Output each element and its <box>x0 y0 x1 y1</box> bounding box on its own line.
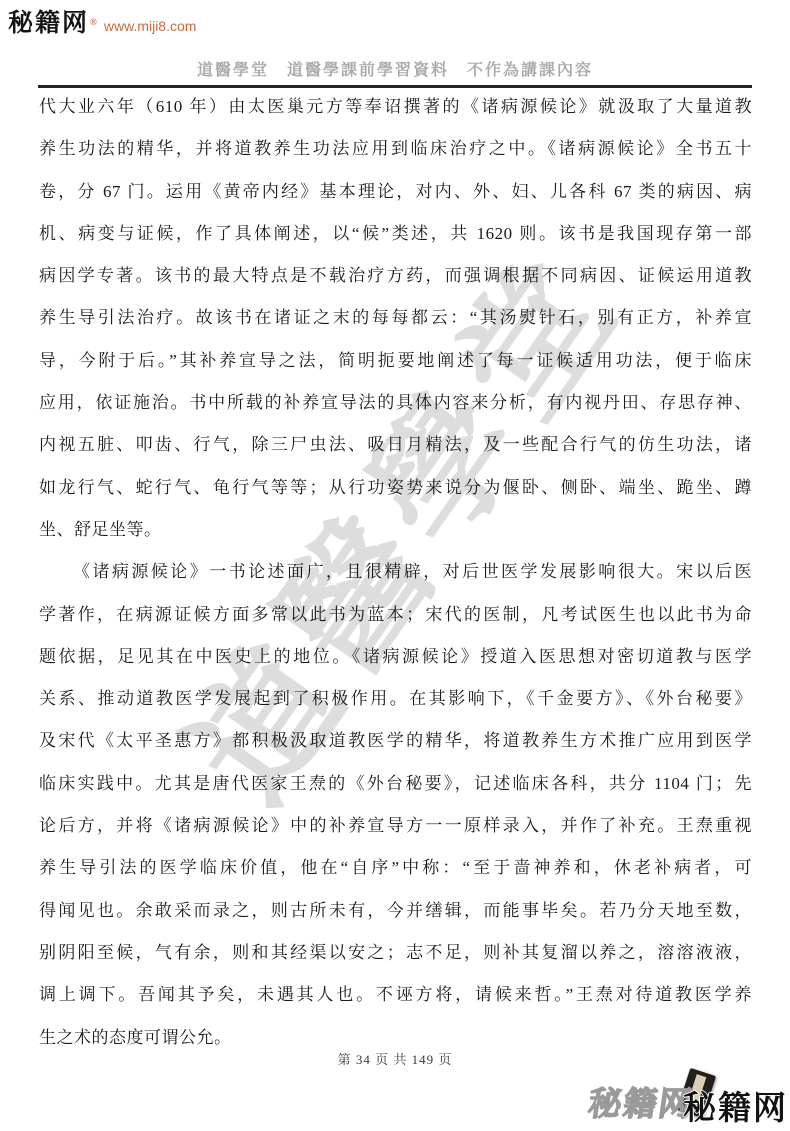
text-line: 如龙行气、蛇行气、龟行气等等；从行功姿势来说分为偃卧、侧卧、端坐、跪坐、蹲 <box>39 467 752 509</box>
text-line: 题依据，足见其在中医史上的地位。《诸病源候论》授道入医思想对密切道教与医学 <box>39 636 752 678</box>
corner-logo-text: 秘籍网 <box>683 1082 788 1129</box>
text-line: 《诸病源候论》一书论述面广，且很精辟，对后世医学发展影响很大。宋以后医 <box>39 551 752 593</box>
site-logo-text[interactable]: 秘籍网 <box>8 8 89 37</box>
text-line: 临床实践中。尤其是唐代医家王焘的《外台秘要》，记述临床各科，共分 1104 门；… <box>39 763 752 805</box>
text-line: 养生导引法治疗。故该书在诸证之末的每每都云：“其汤熨针石，别有正方，补养宣 <box>39 297 752 339</box>
corner-logo: 秘籍网 秘籍网 <box>570 1061 790 1131</box>
text-line: 关系、推动道教医学发展起到了积极作用。在其影响下，《千金要方》、《外台秘要》 <box>39 678 752 720</box>
text-line: 调上调下。吾闻其予矣，未遇其人也。不诬方将，请候来哲。”王焘对待道教医学养 <box>39 974 752 1016</box>
site-logo[interactable]: 秘籍网® www.miji8.com <box>8 3 196 39</box>
paragraph-1: 代大业六年（610 年）由太医巢元方等奉诏撰著的《诸病源候论》就汲取了大量道教养… <box>39 86 752 551</box>
text-line: 养生功法的精华，并将道教养生功法应用到临床治疗之中。《诸病源候论》全书五十 <box>39 128 752 170</box>
text-line: 内视五脏、叩齿、行气，除三尸虫法、吸日月精法，及一些配合行气的仿生功法，诸 <box>39 424 752 466</box>
text-line: 及宋代《太平圣惠方》都积极汲取道教医学的精华，将道教养生方术推广应用到医学 <box>39 720 752 762</box>
text-line: 论后方，并将《诸病源候论》中的补养宣导方一一原样录入，并作了补充。王焘重视 <box>39 805 752 847</box>
text-line: 坐、舒足坐等。 <box>39 509 752 551</box>
text-line: 应用，依证施治。书中所载的补养宣导法的具体内容来分析，有内视丹田、存思存神、 <box>39 382 752 424</box>
text-line: 得闻见也。余敢采而录之，则古所未有，今并缮辑，而能事毕矣。若乃分天地至数， <box>39 890 752 932</box>
text-line: 养生导引法的医学临床价值，他在“自序”中称：“至于啬神养和，休老补病者，可 <box>39 847 752 889</box>
header-watermark-text: 道醫學堂 道醫學課前學習資料 不作為講課內容 <box>0 57 790 80</box>
paragraph-2: 《诸病源候论》一书论述面广，且很精辟，对后世医学发展影响很大。宋以后医学著作，在… <box>39 551 752 1059</box>
text-line: 机、病变与证候，作了具体阐述，以“候”类述，共 1620 则。该书是我国现存第一… <box>39 213 752 255</box>
text-line: 别阴阳至候，气有余，则和其经渠以安之；志不足，则补其复溜以养之，溶溶液液， <box>39 932 752 974</box>
text-line: 学著作，在病源证候方面多常以此书为蓝本；宋代的医制，凡考试医生也以此书为命 <box>39 594 752 636</box>
corner-logo-ghost-text: 秘籍网 <box>586 1078 698 1125</box>
text-line: 代大业六年（610 年）由太医巢元方等奉诏撰著的《诸病源候论》就汲取了大量道教 <box>39 86 752 128</box>
text-line: 卷，分 67 门。运用《黄帝内经》基本理论，对内、外、妇、儿各科 67 类的病因… <box>39 171 752 213</box>
text-line: 导，今附于后。”其补养宣导之法，简明扼要地阐述了每一证候适用功法，便于临床 <box>39 340 752 382</box>
document-body: 代大业六年（610 年）由太医巢元方等奉诏撰著的《诸病源候论》就汲取了大量道教养… <box>39 86 752 1059</box>
text-line: 病因学专著。该书的最大特点是不载治疗方药，而强调根据不同病因、证候运用道教 <box>39 255 752 297</box>
site-url-link[interactable]: www.miji8.com <box>104 18 197 34</box>
registered-mark-icon: ® <box>90 17 97 27</box>
